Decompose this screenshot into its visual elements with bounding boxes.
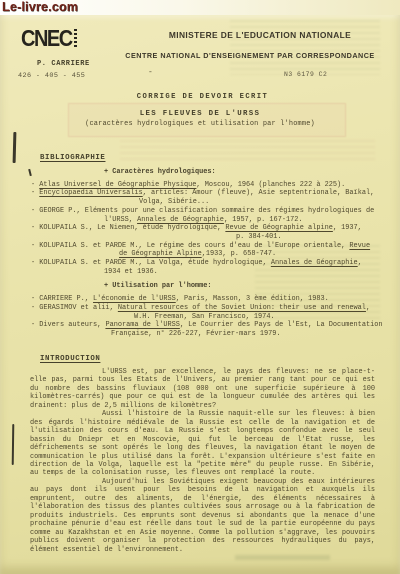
bibliography-text-segment: , Moscou, 1964 (planches 222 à 225). [196,181,345,189]
bibliography-text-segment: - KOLUPAILA S. et PARDE M., La Volga, ét… [31,259,271,267]
bibliography-heading: BIBLIOGRAPHIE [40,154,105,162]
ministry-line: MINISTERE DE L'EDUCATION NATIONALE [150,30,370,40]
bibliography-text-segment: - GEORGE P., Eléments pour une classific… [31,207,374,215]
bibliography-work-title: Annales de Géographie [271,259,358,267]
bibliography-work-title: L'économie de l'URSS [93,295,176,303]
bibliography-entry: - Encyclopaedia Universalis, articles: A… [31,189,395,206]
bibliography-text-segment: - Divers auteurs, [31,321,105,329]
bibliography-work-title: Natural resources of the Soviet Union: t… [118,304,366,312]
bibliography-work-title: Revue [349,242,370,250]
bibliography-text-segment: , articles: Amour (fleuve), Asie septent… [143,189,375,197]
introduction-paragraph: Aujourd'hui les Soviétiques exigent beau… [30,478,375,554]
bibliography-text-segment: l'URSS, [104,216,137,224]
cnec-logo-text: CNEC [21,28,72,51]
bibliography-text-segment: - KOLUPAILA S. et PARDE M., Le régime de… [31,242,349,250]
cnec-logo: CNEC [21,29,77,49]
document-subtitle: (caractères hydrologiques et utilisation… [0,120,400,128]
margin-pen-stroke [13,132,16,163]
bibliography-entry: - GEORGE P., Eléments pour une classific… [31,207,395,224]
introduction-paragraph: Aussi l'histoire de la Russie naquit-ell… [30,410,375,478]
bibliography-text-segment: , Paris, Masson, 3 ème édition, 1983. [176,295,329,303]
bibliography-entry: - Atlas Universel de Géographie Physique… [31,181,395,190]
bleed-through-artifact [120,140,375,160]
bibliography-work-title: Revue de Géographie alpine [225,224,333,232]
bibliography-text-segment: ,1933, p. 658-747. [202,250,276,258]
bibliography-work-title: Annales de Géographie [137,216,224,224]
bibliography-text-segment: - GERASIMOV et alii, [31,304,118,312]
cnec-logo-dotted-bar [74,29,77,49]
bibliography-entry: - KOLUPAILA S., Le Niemen, étude hydrolo… [31,224,395,241]
watermark-site-text: Le-livre.com [2,0,78,14]
margin-pen-stroke [12,424,15,465]
bibliography-text-segment: 1934 et 1936. [104,268,158,276]
bibliography-entry: - KOLUPAILA S. et PARDE M., La Volga, ét… [31,259,395,276]
bleed-through-artifact [230,20,380,75]
bibliography-text-segment: , [366,304,370,312]
bibliography-text-segment: - CARRIERE P., [31,295,93,303]
bibliography-text-segment: Française, n° 226-227, Février-mars 1979… [111,330,281,338]
bibliography-subheading: + Utilisation par l'homme: [104,282,395,291]
header-dash: - [148,68,153,77]
reference-number: N3 6179 C2 [284,71,327,78]
bibliography-subheading: + Caractères hydrologiques: [104,168,395,177]
document-title: LES FLEUVES DE L'URSS [0,110,400,118]
bibliography-text-segment: - KOLUPAILA S., Le Niemen, étude hydrolo… [31,224,225,232]
bibliography-entry: - GERASIMOV et alii, Natural resources o… [31,304,395,321]
bibliography-text-segment: , [358,259,362,267]
bleed-through-artifact [235,555,330,560]
cnec-full-name-line: CENTRE NATIONAL D'ENSEIGNEMENT PAR CORRE… [105,51,395,60]
bibliography-work-title: Atlas Universel de Géographie Physique [39,181,196,189]
bibliography-entry: - Divers auteurs, Panorama de l'URSS, Le… [31,321,395,338]
bibliography-text-segment: Volga, Sibérie... [139,198,209,206]
bibliography-entry: - CARRIERE P., L'économie de l'URSS, Par… [31,295,395,304]
introduction-heading: INTRODUCTION [40,355,100,363]
bibliography-text-segment: , Le Courrier des Pays de l'Est, La Docu… [180,321,383,329]
bibliography-text-segment: , 1937, [333,224,362,232]
scanned-document-page: CNEC P. CARRIERE 426 - 405 - 455 MINISTE… [0,15,400,574]
watermark-strip: Le-livre.com [0,0,400,15]
course-codes: 426 - 405 - 455 [18,72,85,80]
bibliography-work-title: Panorama de l'URSS [105,321,179,329]
introduction-paragraphs: L'URSS est, par excellence, le pays des … [30,368,375,554]
bibliography-entry: - KOLUPAILA S. et PARDE M., Le régime de… [31,242,395,259]
bibliography-text-segment: , 1957, p. 167-172. [224,216,303,224]
bibliography-text-segment: p. 384-401. [236,233,282,241]
introduction-paragraph: L'URSS est, par excellence, le pays des … [30,368,375,410]
bibliography-work-title: de Géographie Alpine [119,250,202,258]
bibliography-entries: + Caractères hydrologiques:- Atlas Unive… [31,168,395,339]
bibliography-work-title: Encyclopaedia Universalis [39,189,142,197]
author-name: P. CARRIERE [37,60,90,68]
document-type-heading: CORRIGE DE DEVOIR ECRIT [95,93,310,101]
bibliography-text-segment: W.H. Freeman, San Francisco, 1974. [134,313,275,321]
